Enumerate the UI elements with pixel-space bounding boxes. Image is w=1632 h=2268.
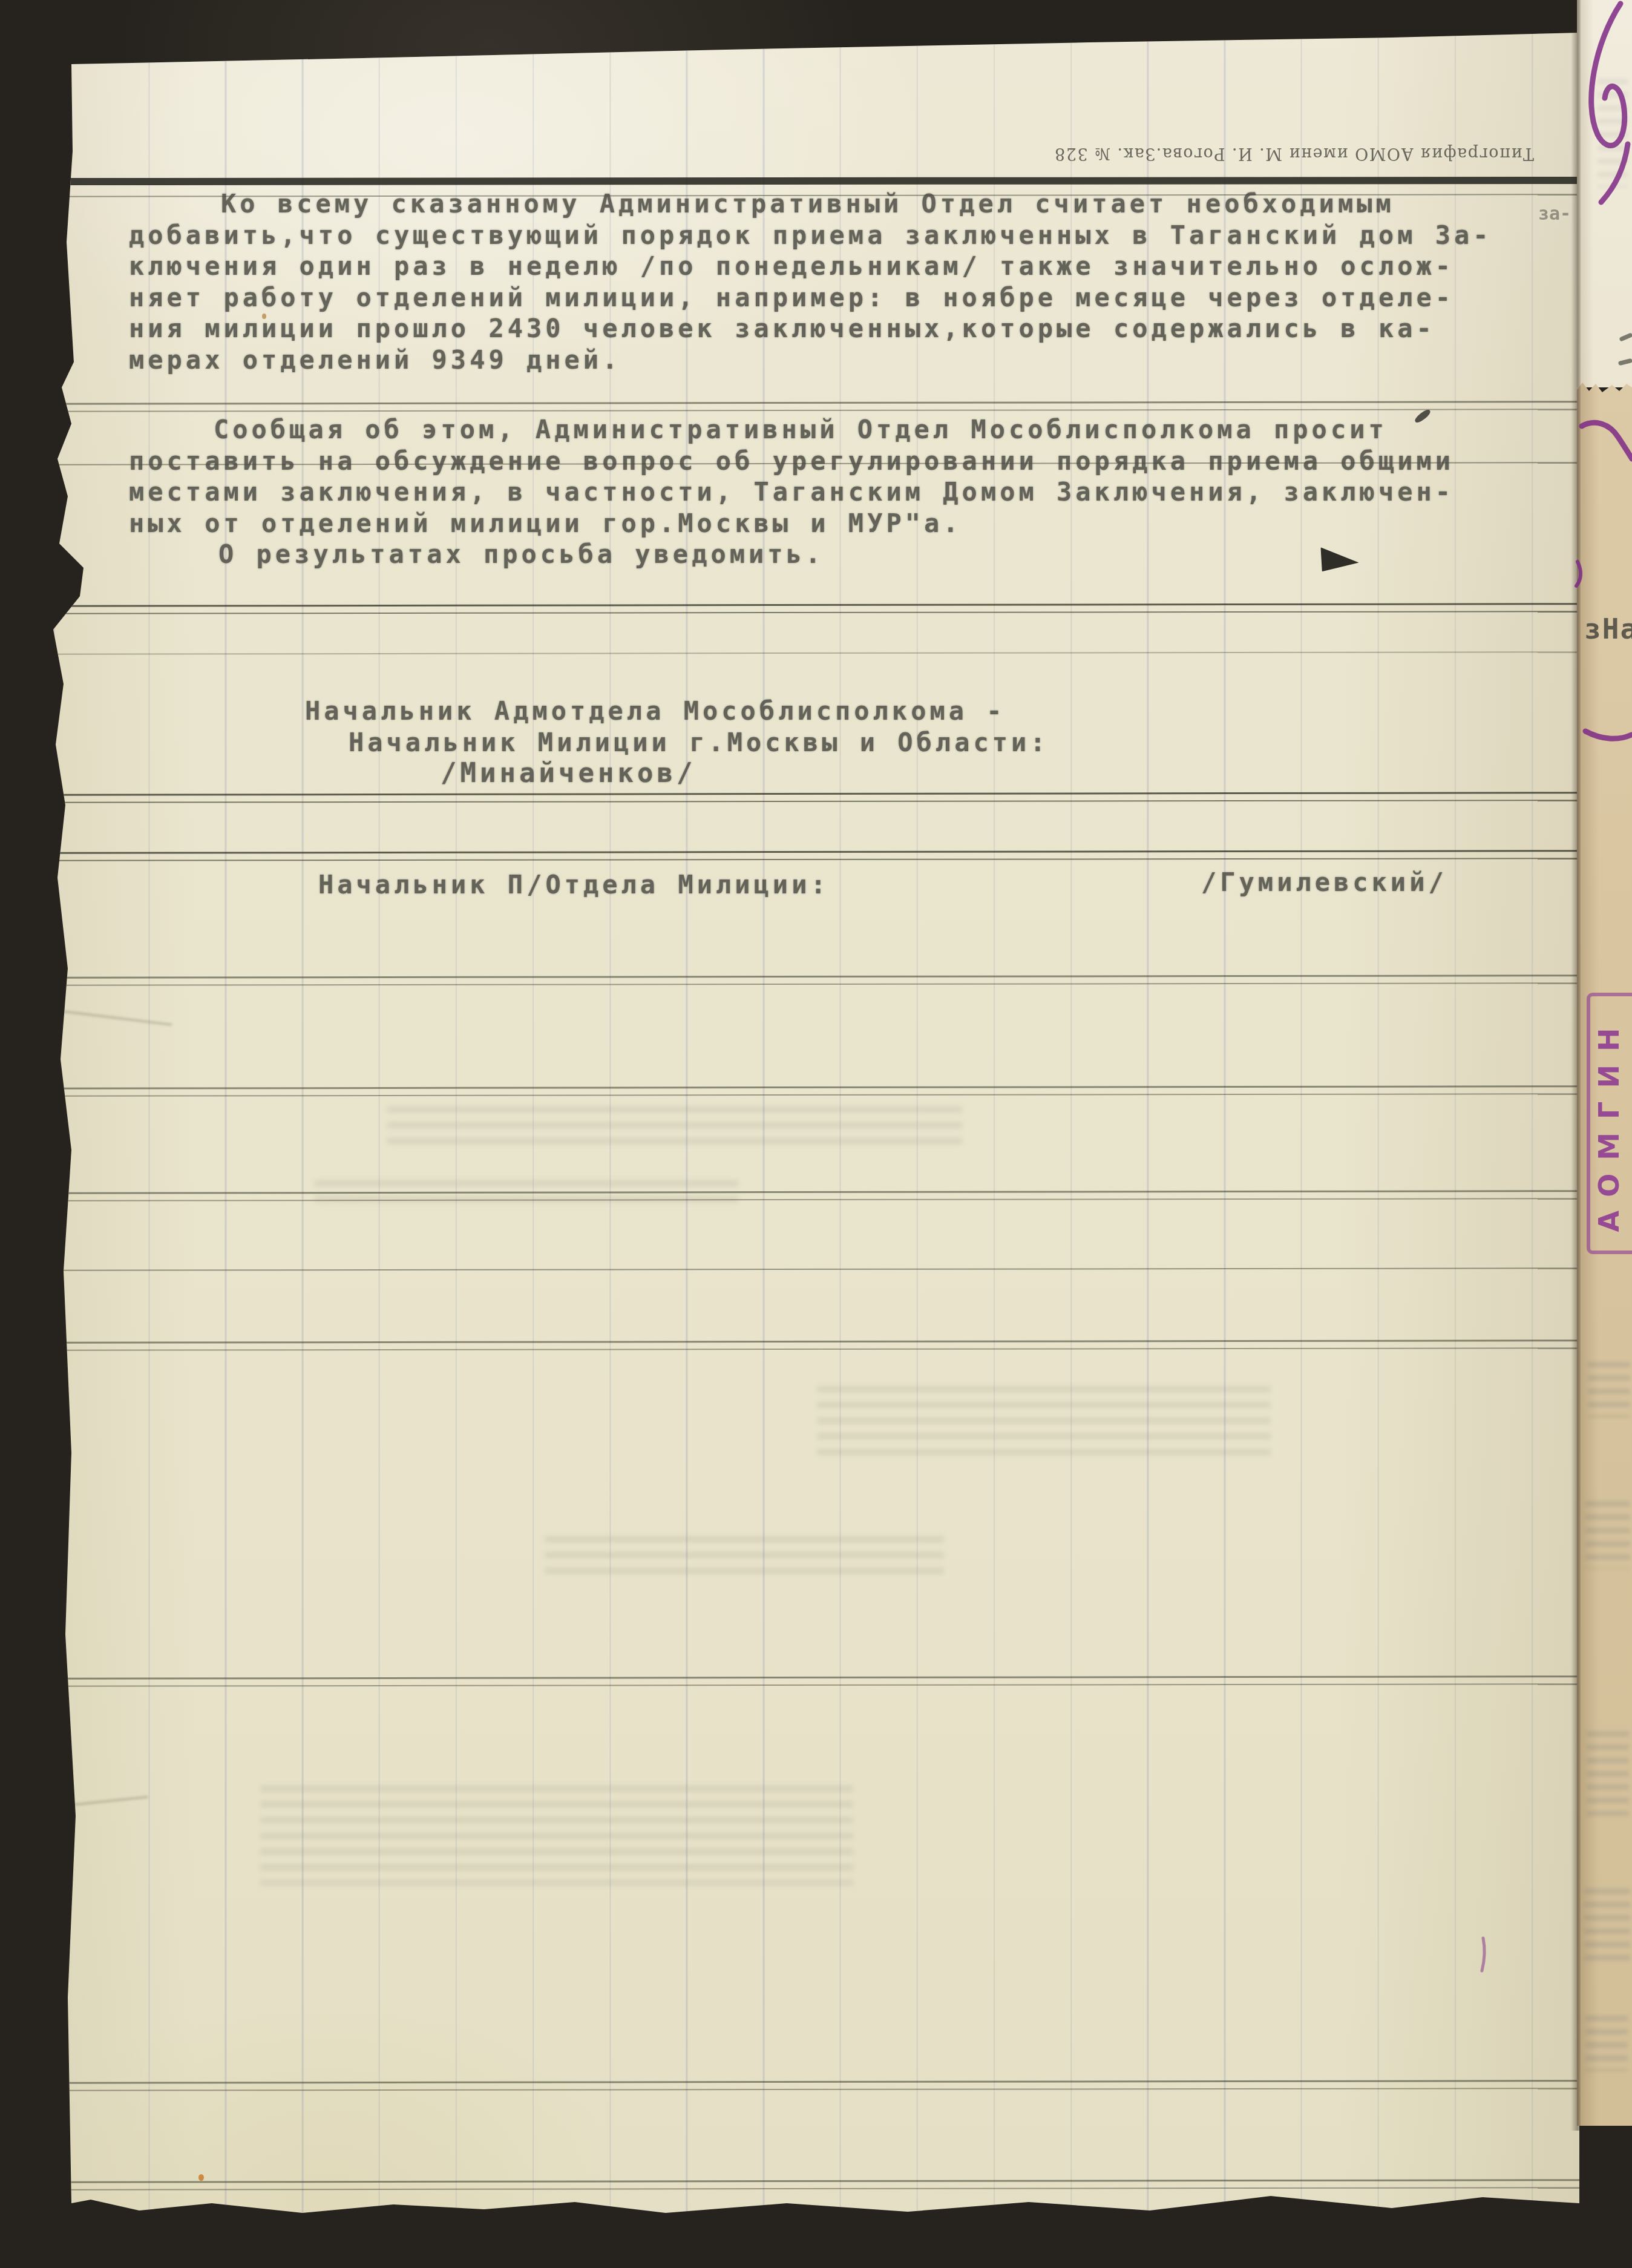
paragraph-1-line: ключения один раз в неделю /по понедельн… (129, 251, 1492, 282)
signature-2-title: Начальник П/Отдела Милиции: (318, 869, 830, 901)
underpage-ghost-text (1598, 79, 1628, 188)
document-page: Типография АОМО имени М. И. Рогова.Зак. … (0, 0, 1632, 2268)
signature-block-1: Начальник Адмотдела Мособлисполкома - На… (305, 695, 1049, 789)
underpage-ghost-text (1588, 1362, 1630, 1418)
bleed-through (260, 1786, 853, 1885)
paragraph-1-line: Ко всему сказанному Административный Отд… (129, 188, 1492, 220)
signature-title: Начальник Милиции г.Москвы и Области: (305, 727, 1049, 758)
paragraph-1: Ко всему сказанному Административный Отд… (129, 188, 1492, 375)
bleed-through (315, 1180, 738, 1209)
signature-2-name: /Гумилевский/ (1201, 867, 1447, 898)
page-edge-shadow (1571, 0, 1581, 2131)
paper-speck (262, 314, 266, 319)
paragraph-1-line: мерах отделений 9349 дней. (129, 344, 1492, 376)
signature-title: Начальник Адмотдела Мособлисполкома - (305, 695, 1049, 727)
underpage-edge-top (1577, 0, 1632, 387)
paragraph-2-line: поставить на обсуждение вопрос об урегул… (129, 445, 1454, 477)
archival-scan: Типография АОМО имени М. И. Рогова.Зак. … (0, 0, 1632, 2268)
underpage-ghost-text (1587, 1731, 1629, 1816)
underpage-typed-fragment: зНа (1584, 613, 1632, 645)
paragraph-2-line: местами заключения, в частности, Таганск… (129, 476, 1454, 508)
paragraph-2: Сообщая об этом, Административный Отдел … (129, 414, 1454, 570)
typed-fragment: за- (1538, 203, 1571, 225)
ruled-line (52, 177, 1582, 185)
paragraph-1-line: ния милиции прошло 2430 человек заключен… (129, 313, 1492, 344)
paragraph-2-line: О результатах просьба уведомить. (129, 539, 1454, 570)
underpage-ghost-text (1584, 1888, 1630, 1968)
archive-stamp: АОМГИН (1587, 993, 1632, 1254)
bleed-through (545, 1536, 944, 1580)
bleed-through (817, 1386, 1271, 1456)
paragraph-1-line: няет работу отделений милиции, например:… (129, 282, 1492, 314)
typography-imprint: Типография АОМО имени М. И. Рогова.Зак. … (986, 143, 1534, 163)
paragraph-1-line: добавить,что существующий порядок приема… (129, 220, 1492, 251)
bleed-through (387, 1106, 962, 1154)
paper-speck (198, 2174, 204, 2181)
paragraph-2-line: ных от отделений милиции гор.Москвы и МУ… (129, 508, 1454, 539)
paragraph-2-line: Сообщая об этом, Административный Отдел … (129, 414, 1454, 445)
underpage-ghost-text (1585, 2016, 1628, 2071)
signature-name: /Минайченков/ (305, 758, 1049, 789)
underpage-ghost-text (1585, 1501, 1630, 1569)
